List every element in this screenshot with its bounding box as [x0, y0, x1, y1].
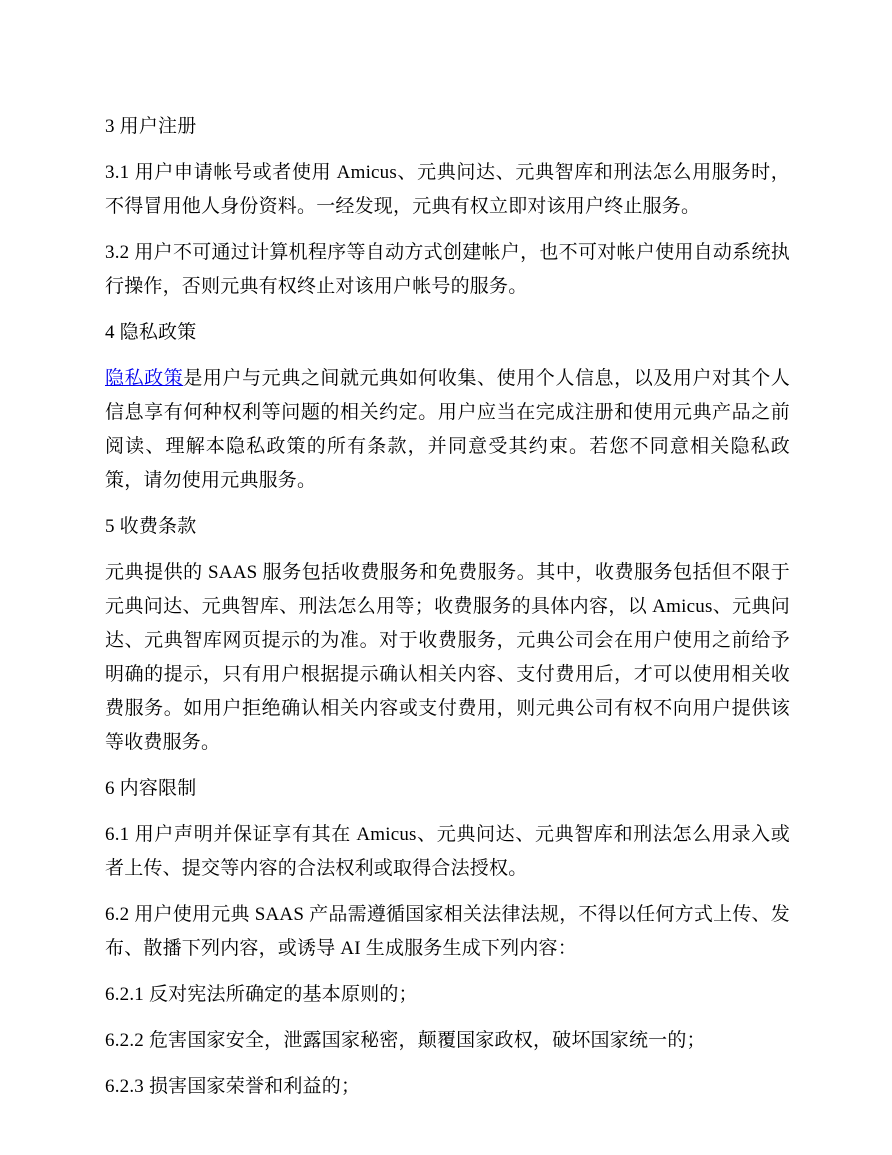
clause-3-2: 3.2 用户不可通过计算机程序等自动方式创建帐户，也不可对帐户使用自动系统执行操… [105, 236, 790, 304]
section-heading-user-registration: 3 用户注册 [105, 110, 790, 144]
section-heading-content-restrictions: 6 内容限制 [105, 772, 790, 806]
fee-terms-paragraph: 元典提供的 SAAS 服务包括收费服务和免费服务。其中，收费服务包括但不限于元典… [105, 556, 790, 760]
clause-6-2-2: 6.2.2 危害国家安全，泄露国家秘密，颠覆国家政权，破坏国家统一的； [105, 1024, 790, 1058]
clause-6-2-3: 6.2.3 损害国家荣誉和利益的； [105, 1070, 790, 1104]
clause-6-2: 6.2 用户使用元典 SAAS 产品需遵循国家相关法律法规，不得以任何方式上传、… [105, 898, 790, 966]
privacy-policy-link[interactable]: 隐私政策 [105, 368, 183, 389]
privacy-policy-paragraph: 隐私政策是用户与元典之间就元典如何收集、使用个人信息，以及用户对其个人信息享有何… [105, 362, 790, 498]
clause-3-1: 3.1 用户申请帐号或者使用 Amicus、元典问达、元典智库和刑法怎么用服务时… [105, 156, 790, 224]
clause-6-2-1: 6.2.1 反对宪法所确定的基本原则的； [105, 978, 790, 1012]
privacy-policy-paragraph-text: 是用户与元典之间就元典如何收集、使用个人信息，以及用户对其个人信息享有何种权利等… [105, 368, 790, 491]
clause-6-1: 6.1 用户声明并保证享有其在 Amicus、元典问达、元典智库和刑法怎么用录入… [105, 818, 790, 886]
section-heading-privacy-policy: 4 隐私政策 [105, 316, 790, 350]
terms-document-page: 3 用户注册 3.1 用户申请帐号或者使用 Amicus、元典问达、元典智库和刑… [0, 0, 892, 1155]
section-heading-fee-terms: 5 收费条款 [105, 510, 790, 544]
